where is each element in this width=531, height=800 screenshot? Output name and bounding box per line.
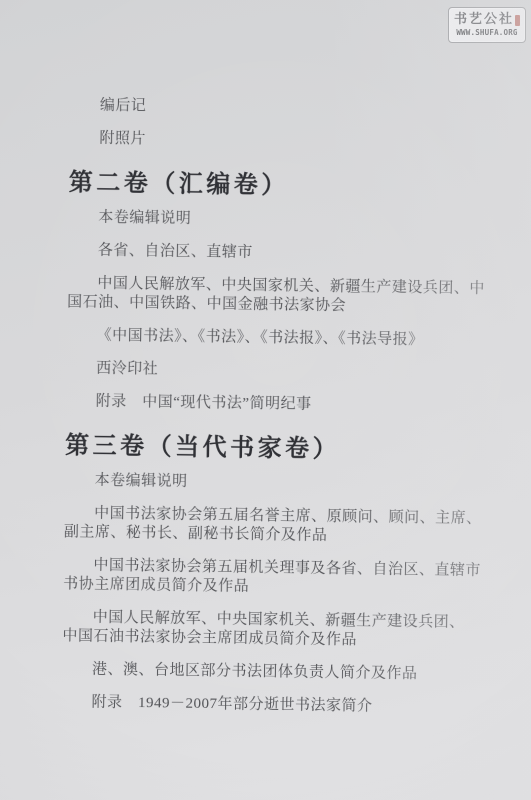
toc-entry-photos: 附照片 [69,129,504,154]
toc-entry: 《中国书法》、《书法》、《书法报》、《书法导报》 [67,326,502,351]
volume-2-title: 第二卷（汇编卷） [69,168,504,204]
toc-entry-appendix: 附录 1949－2007年部分逝世书法家简介 [61,693,496,718]
toc-entry-line: 港、澳、台地区部分书法团体负责人简介及作品 [62,660,497,685]
watermark-logo: 书艺公社 [454,13,520,27]
toc-entry: 港、澳、台地区部分书法团体负责人简介及作品 [62,660,497,685]
toc-entry: 中国书法家协会第五届机关理事及各省、自治区、直辖市 书协主席团成员简介及作品 [63,556,498,600]
toc-content: 编后记 附照片 第二卷（汇编卷） 本卷编辑说明 各省、自治区、直辖市 中国人民解… [61,96,505,732]
toc-entry-line: 附录 中国“现代书法”简明纪事 [66,392,501,417]
toc-entry-line: 附照片 [69,129,504,154]
toc-entry: 本卷编辑说明 [68,208,503,233]
volume-3-title: 第三卷（当代书家卷） [65,431,500,467]
toc-entry-appendix: 附录 中国“现代书法”简明纪事 [66,392,501,417]
toc-entry: 西泠印社 [66,359,501,384]
toc-entry: 各省、自治区、直辖市 [68,241,503,266]
toc-entry: 本卷编辑说明 [64,471,499,496]
toc-entry-afterword: 编后记 [70,96,505,121]
toc-entry: 中国人民解放军、中央国家机关、新疆生产建设兵团、 中国石油书法家协会主席团成员简… [62,608,497,652]
watermark-logo-text: 书艺公社 [454,13,514,27]
toc-entry-line: 本卷编辑说明 [68,208,503,233]
toc-entry: 中国人民解放军、中央国家机关、新疆生产建设兵团、中 国石油、中国铁路、中国金融书… [67,274,502,318]
toc-entry-line: 《中国书法》、《书法》、《书法报》、《书法导报》 [67,326,502,351]
seal-icon [515,15,520,26]
toc-entry-line: 附录 1949－2007年部分逝世书法家简介 [61,693,496,718]
book-page-photo: 书艺公社 WWW.SHUFA.ORG 编后记 附照片 第二卷（汇编卷） 本卷编辑… [0,0,531,800]
toc-entry-line: 编后记 [70,96,505,121]
toc-entry-line: 本卷编辑说明 [64,471,499,496]
toc-entry-line: 西泠印社 [66,359,501,384]
toc-entry-line: 各省、自治区、直辖市 [68,241,503,266]
watermark-url: WWW.SHUFA.ORG [456,28,517,37]
shufa-watermark: 书艺公社 WWW.SHUFA.ORG [448,7,526,43]
toc-entry: 中国书法家协会第五届名誉主席、原顾问、顾问、主席、 副主席、秘书长、副秘书长简介… [64,504,499,548]
